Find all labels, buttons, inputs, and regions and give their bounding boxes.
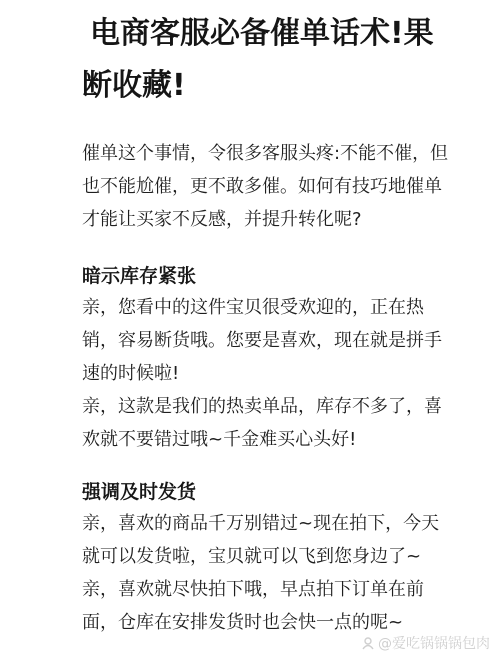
body-line: 销，容易断货哦。您要是喜欢，现在就是拼手 (82, 324, 442, 357)
watermark: @爱吃锅锅锅包肉 (361, 633, 490, 653)
intro-paragraph: 催单这个事情，令很多客服头疼:不能不催，但 也不能尬催，更不敢多催。如何有技巧地… (82, 137, 442, 236)
section-body-stock: 亲，您看中的这件宝贝很受欢迎的，正在热 销，容易断货哦。您要是喜欢，现在就是拼手… (82, 291, 442, 456)
section-heading-stock: 暗示库存紧张 (82, 262, 196, 290)
body-line: 速的时候啦! (82, 357, 442, 390)
body-line: 就可以发货啦，宝贝就可以飞到您身边了~ (82, 540, 442, 573)
body-line: 亲，喜欢的商品千万别错过~现在拍下，今天 (82, 507, 442, 540)
section-body-shipping: 亲，喜欢的商品千万别错过~现在拍下，今天 就可以发货啦，宝贝就可以飞到您身边了~… (82, 507, 442, 639)
article-title: 电商客服必备催单话术!果 断收藏! (82, 8, 442, 112)
body-line: 亲，喜欢就尽快拍下哦，早点拍下订单在前 (82, 573, 442, 606)
intro-line: 才能让买家不反感，并提升转化呢? (82, 203, 442, 236)
watermark-text: @爱吃锅锅锅包肉 (378, 633, 490, 653)
intro-line: 也不能尬催，更不敢多催。如何有技巧地催单 (82, 170, 442, 203)
xiaohongshu-logo-icon (361, 636, 375, 650)
section-heading-shipping: 强调及时发货 (82, 478, 196, 506)
intro-line: 催单这个事情，令很多客服头疼:不能不催，但 (82, 137, 442, 170)
title-line-2: 断收藏! (82, 60, 442, 112)
body-line: 亲，您看中的这件宝贝很受欢迎的，正在热 (82, 291, 442, 324)
body-line: 亲，这款是我们的热卖单品，库存不多了，喜 (82, 390, 442, 423)
title-line-1: 电商客服必备催单话术!果 (82, 8, 442, 60)
body-line: 欢就不要错过哦~千金难买心头好! (82, 423, 442, 456)
